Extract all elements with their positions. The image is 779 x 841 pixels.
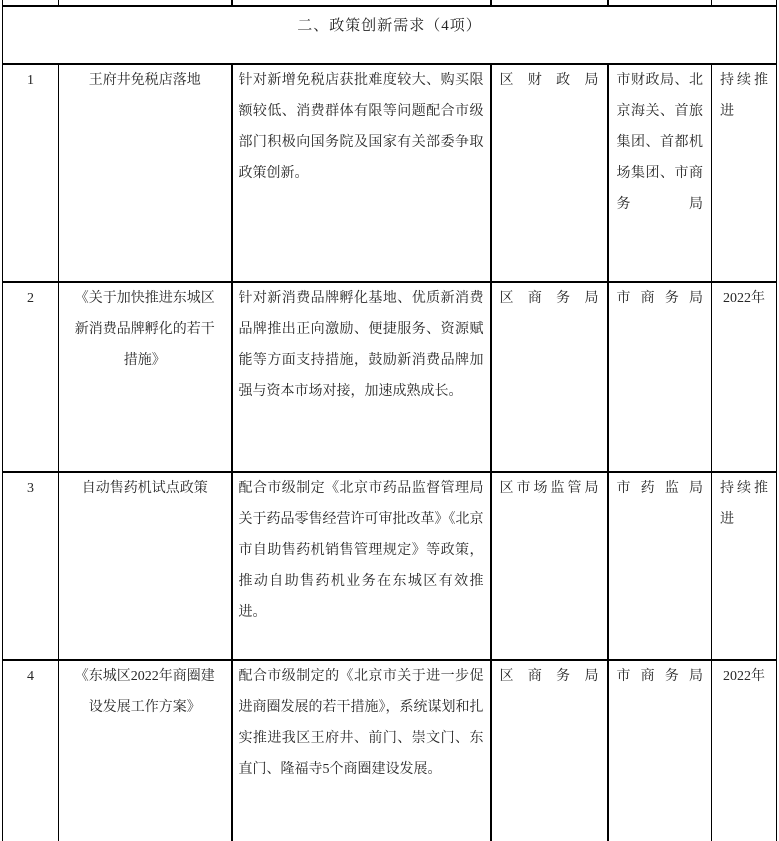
description-cell: 配合市级制定的《北京市关于进一步促进商圈发展的若干措施》，系统谋划和扎实推进我区… [232,660,491,841]
city-unit-cell: 市药监局 [608,472,712,660]
description-cell: 针对新增免税店获批难度较大、购买限额较低、消费群体有限等问题配合市级部门积极向国… [232,64,491,282]
row-number-cell: 3 [3,472,59,660]
row-number-cell: 4 [3,660,59,841]
title-cell: 《关于加快推进东城区新消费品牌孵化的若干措施》 [59,282,232,472]
timeline-cell: 2022年 [712,660,777,841]
title-cell: 王府井免税店落地 [59,64,232,282]
district-unit-cell: 区商务局 [491,282,608,472]
row-number-cell: 2 [3,282,59,472]
title-cell: 自动售药机试点政策 [59,472,232,660]
document-page: 二、政策创新需求（4项） 1 王府井免税店落地 针对新增免税店获批难度较大、购买… [0,0,779,841]
section-header-row: 二、政策创新需求（4项） [3,6,777,64]
table-row: 4 《东城区2022年商圈建设发展工作方案》 配合市级制定的《北京市关于进一步促… [3,660,777,841]
timeline-cell: 持续推进 [712,472,777,660]
description-cell: 配合市级制定《北京市药品监督管理局关于药品零售经营许可审批改革》《北京市自助售药… [232,472,491,660]
city-unit-cell: 市商务局 [608,282,712,472]
title-cell: 《东城区2022年商圈建设发展工作方案》 [59,660,232,841]
policy-needs-table: 二、政策创新需求（4项） 1 王府井免税店落地 针对新增免税店获批难度较大、购买… [2,0,777,841]
table-row: 3 自动售药机试点政策 配合市级制定《北京市药品监督管理局关于药品零售经营许可审… [3,472,777,660]
table-row: 1 王府井免税店落地 针对新增免税店获批难度较大、购买限额较低、消费群体有限等问… [3,64,777,282]
section-header: 二、政策创新需求（4项） [3,6,777,64]
district-unit-cell: 区市场监管局 [491,472,608,660]
city-unit-cell: 市财政局、北京海关、首旅集团、首都机场集团、市商务局 [608,64,712,282]
city-unit-cell: 市商务局 [608,660,712,841]
description-cell: 针对新消费品牌孵化基地、优质新消费品牌推出正向激励、便捷服务、资源赋能等方面支持… [232,282,491,472]
district-unit-cell: 区财政局 [491,64,608,282]
timeline-cell: 持续推进 [712,64,777,282]
table-row: 2 《关于加快推进东城区新消费品牌孵化的若干措施》 针对新消费品牌孵化基地、优质… [3,282,777,472]
row-number-cell: 1 [3,64,59,282]
district-unit-cell: 区商务局 [491,660,608,841]
timeline-cell: 2022年 [712,282,777,472]
